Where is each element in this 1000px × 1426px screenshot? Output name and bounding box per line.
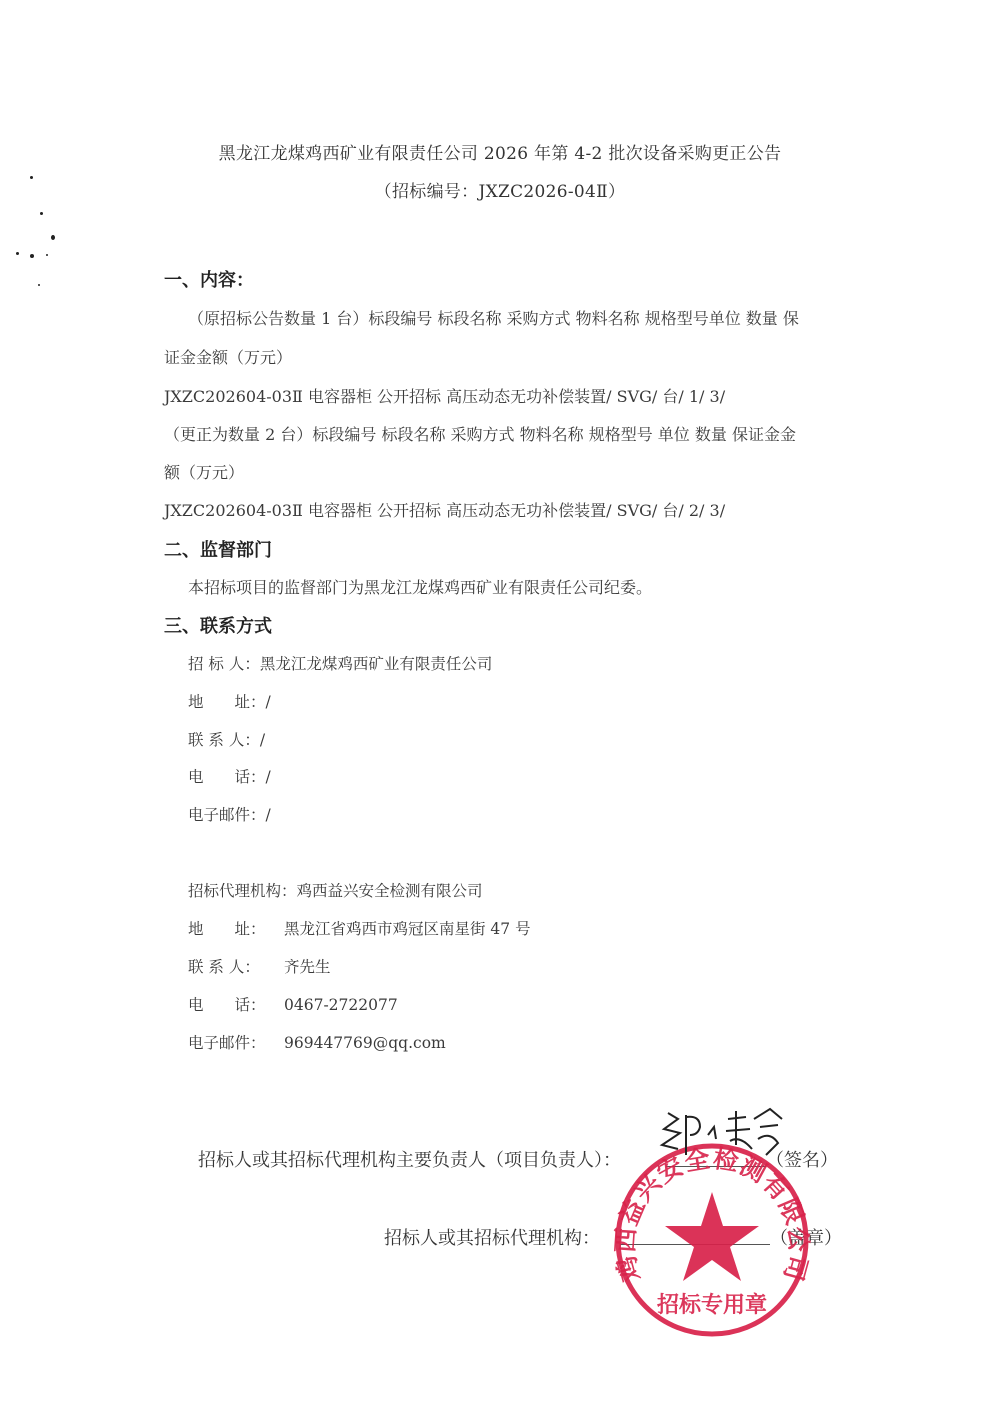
agency-name-label: 招标代理机构： <box>188 882 297 900</box>
agency-name-value: 鸡西益兴安全检测有限公司 <box>297 882 483 900</box>
paragraph-corrected-header: （更正为数量 2 台）标段编号 标段名称 采购方式 物料名称 规格型号 单位 数… <box>164 422 796 445</box>
seal-label: 招标人或其招标代理机构： <box>384 1224 600 1250</box>
section-heading-content: 一、内容： <box>164 266 254 292</box>
scan-speck <box>30 254 34 258</box>
signature-label: 招标人或其招标代理机构主要负责人（项目负责人）： <box>198 1146 621 1172</box>
tenderer-name-row: 招 标 人：黑龙江龙煤鸡西矿业有限责任公司 <box>188 652 492 674</box>
tenderer-contact-label: 联 系 人： <box>188 731 260 749</box>
section-heading-contact: 三、联系方式 <box>164 612 272 638</box>
scan-speck <box>40 212 43 215</box>
agency-phone-label: 电 话： <box>188 993 284 1015</box>
section-heading-supervision: 二、监督部门 <box>164 536 272 562</box>
scan-speck <box>16 252 19 255</box>
tenderer-name-value: 黑龙江龙煤鸡西矿业有限责任公司 <box>260 655 493 673</box>
tenderer-contact-value: / <box>260 731 265 749</box>
tenderer-phone-label: 电 话： <box>188 768 266 786</box>
company-seal-stamp: 鸡西益兴安全检测有限公司 招标专用章 <box>612 1140 812 1340</box>
tenderer-address-label: 地 址： <box>188 693 266 711</box>
agency-contact-label: 联 系 人： <box>188 955 284 977</box>
agency-contact-value: 齐先生 <box>284 958 331 976</box>
agency-address-row: 地 址：黑龙江省鸡西市鸡冠区南星街 47 号 <box>188 917 531 939</box>
agency-contact-row: 联 系 人：齐先生 <box>188 955 331 977</box>
tenderer-email-label: 电子邮件： <box>188 806 266 824</box>
agency-email-label: 电子邮件： <box>188 1031 284 1053</box>
tenderer-phone-row: 电 话：/ <box>188 765 271 787</box>
document-page: 黑龙江龙煤鸡西矿业有限责任公司 2026 年第 4-2 批次设备采购更正公告 （… <box>0 0 1000 1426</box>
stamp-bottom-text: 招标专用章 <box>657 1292 767 1318</box>
scan-speck <box>38 284 40 286</box>
paragraph-original-row: JXZC202604-03Ⅱ 电容器柜 公开招标 高压动态无功补偿装置/ SVG… <box>164 384 725 407</box>
scan-speck <box>51 235 55 240</box>
paragraph-corrected-row: JXZC202604-03Ⅱ 电容器柜 公开招标 高压动态无功补偿装置/ SVG… <box>164 498 725 521</box>
tenderer-email-value: / <box>266 806 271 824</box>
agency-name-row: 招标代理机构：鸡西益兴安全检测有限公司 <box>188 879 483 901</box>
paragraph-original-header: （原招标公告数量 1 台）标段编号 标段名称 采购方式 物料名称 规格型号单位 … <box>188 306 799 329</box>
tenderer-email-row: 电子邮件：/ <box>188 803 271 825</box>
tenderer-name-label: 招 标 人： <box>188 655 260 673</box>
tenderer-phone-value: / <box>266 768 271 786</box>
agency-address-value: 黑龙江省鸡西市鸡冠区南星街 47 号 <box>284 920 531 938</box>
agency-email-value: 969447769@qq.com <box>284 1034 446 1052</box>
document-title: 黑龙江龙煤鸡西矿业有限责任公司 2026 年第 4-2 批次设备采购更正公告 <box>0 139 1000 164</box>
agency-address-label: 地 址： <box>188 917 284 939</box>
paragraph-corrected-header-cont: 额（万元） <box>164 460 244 483</box>
tenderer-address-row: 地 址：/ <box>188 690 271 712</box>
agency-phone-value: 0467-2722077 <box>284 996 398 1014</box>
paragraph-original-header-cont: 证金金额（万元） <box>164 345 292 368</box>
tenderer-contact-row: 联 系 人：/ <box>188 728 265 750</box>
agency-phone-row: 电 话：0467-2722077 <box>188 993 398 1015</box>
tenderer-address-value: / <box>266 693 271 711</box>
star-icon <box>665 1192 759 1281</box>
handwritten-signature <box>650 1105 810 1165</box>
paragraph-supervision: 本招标项目的监督部门为黑龙江龙煤鸡西矿业有限责任公司纪委。 <box>188 575 652 598</box>
agency-email-row: 电子邮件：969447769@qq.com <box>188 1031 446 1053</box>
tender-number: （招标编号：JXZC2026-04Ⅱ） <box>0 177 1000 202</box>
scan-speck <box>46 254 48 256</box>
